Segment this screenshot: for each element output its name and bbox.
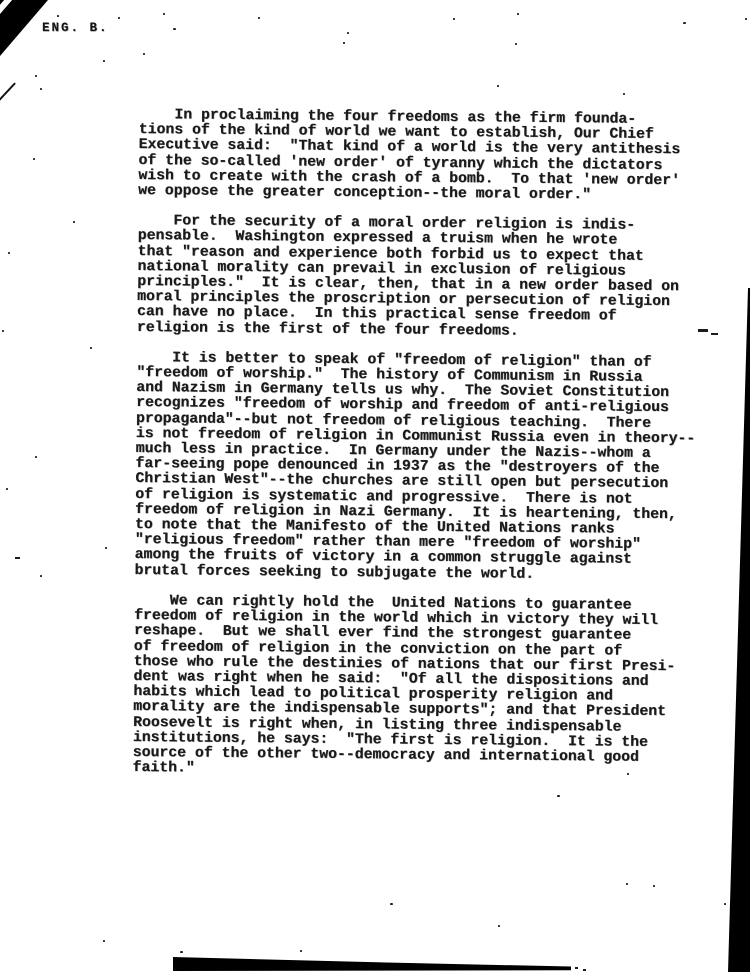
noise-speck (8, 252, 10, 254)
noise-speck (163, 13, 165, 15)
paragraph-freedom-of-religion: It is better to speak of "freedom of rel… (134, 351, 736, 585)
noise-speck (683, 22, 686, 24)
noise-speck (515, 43, 517, 45)
page-header-code: ENG. B. (42, 21, 109, 35)
pen-dash-mark (698, 329, 708, 332)
noise-speck (173, 28, 176, 30)
noise-speck (497, 85, 499, 87)
noise-speck (623, 93, 625, 95)
corner-fold-artifact (0, 0, 48, 56)
noise-speck (143, 53, 145, 55)
noise-speck (40, 575, 42, 577)
noise-speck (40, 88, 42, 90)
noise-speck (2, 330, 4, 332)
noise-speck (347, 32, 349, 34)
noise-speck (103, 60, 105, 62)
noise-speck (90, 347, 92, 349)
noise-speck (105, 547, 107, 549)
noise-speck (575, 967, 578, 969)
noise-speck (73, 221, 75, 223)
paragraph-united-nations: We can rightly hold the United Nations t… (133, 594, 735, 782)
paragraph-four-freedoms: In proclaiming the four freedoms as the … (138, 108, 739, 205)
pen-dash-mark (711, 333, 718, 335)
noise-speck (35, 456, 37, 458)
paragraph-moral-order: For the security of a moral order religi… (137, 214, 738, 341)
corner-fold-stripe (0, 0, 40, 18)
noise-speck (6, 488, 8, 490)
noise-speck (180, 951, 183, 953)
noise-speck (453, 18, 455, 20)
noise-speck (258, 17, 260, 19)
noise-speck (57, 15, 59, 17)
document-page: ENG. B. In proclaiming the four freedoms… (0, 0, 750, 972)
document-body: In proclaiming the four freedoms as the … (132, 108, 739, 797)
noise-speck (745, 18, 747, 20)
bottom-scan-artifact (173, 955, 571, 972)
noise-speck (15, 557, 20, 559)
noise-speck (35, 75, 37, 77)
noise-speck (583, 969, 586, 971)
noise-speck (627, 773, 629, 775)
noise-speck (33, 158, 35, 160)
noise-speck (498, 925, 500, 927)
noise-speck (300, 950, 302, 952)
noise-speck (103, 940, 105, 942)
noise-speck (390, 903, 393, 905)
noise-speck (517, 13, 519, 15)
noise-speck (118, 17, 120, 19)
noise-speck (626, 883, 628, 885)
noise-speck (724, 903, 726, 905)
noise-speck (557, 795, 560, 797)
noise-speck (343, 42, 345, 44)
noise-speck (653, 885, 655, 887)
corner-line-artifact (0, 82, 16, 101)
